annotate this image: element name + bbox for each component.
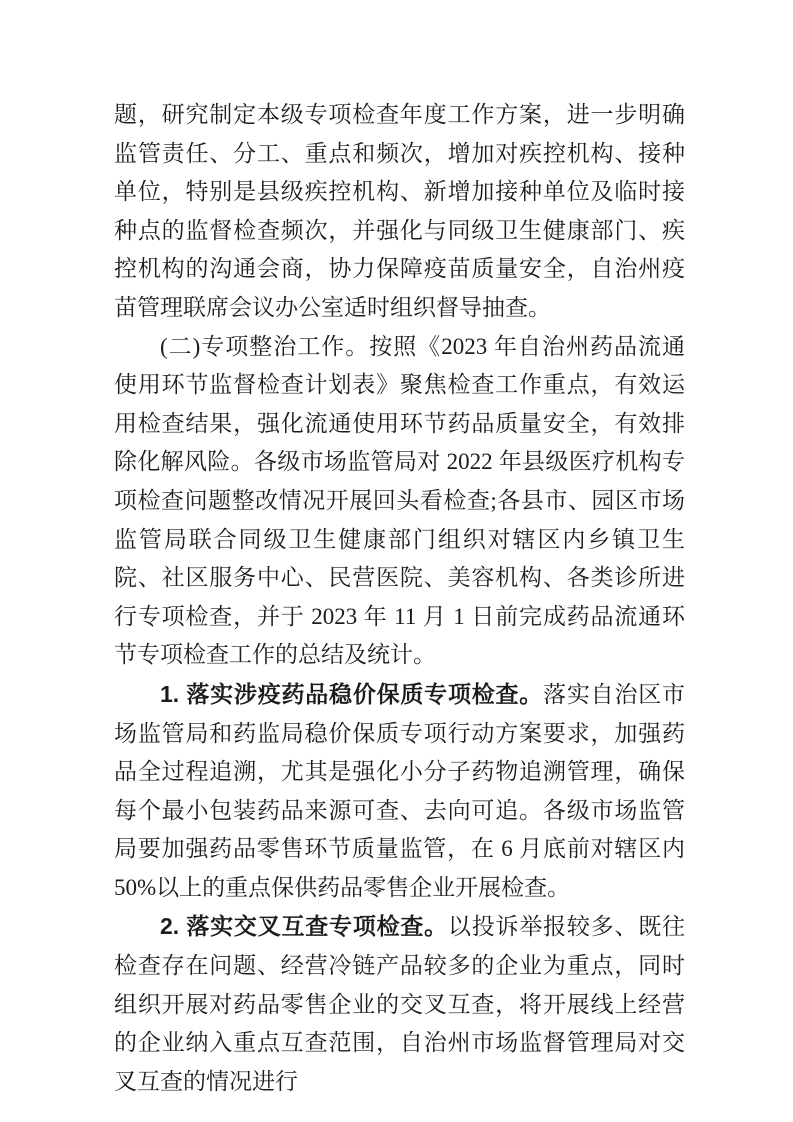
paragraph-bold-lead: 1. 落实涉疫药品稳价保质专项检查。: [160, 681, 543, 707]
paragraph-text: 以投诉举报较多、既往检查存在问题、经营冷链产品较多的企业为重点，同时组织开展对药…: [114, 914, 685, 1093]
paragraph-continuation: 题，研究制定本级专项检查年度工作方案，进一步明确监管责任、分工、重点和频次，增加…: [114, 96, 685, 328]
paragraph-text: 落实自治区市场监管局和药监局稳价保质专项行动方案要求，加强药品全过程追溯，尤其是…: [114, 682, 685, 900]
paragraph-text: (二)专项整治工作。按照《2023 年自治州药品流通使用环节监督检查计划表》聚焦…: [114, 334, 685, 668]
document-page: 题，研究制定本级专项检查年度工作方案，进一步明确监管责任、分工、重点和频次，增加…: [0, 0, 793, 1122]
document-body: 题，研究制定本级专项检查年度工作方案，进一步明确监管责任、分工、重点和频次，增加…: [114, 96, 685, 1101]
paragraph-section-2: (二)专项整治工作。按照《2023 年自治州药品流通使用环节监督检查计划表》聚焦…: [114, 328, 685, 675]
paragraph-bold-lead: 2. 落实交叉互查专项检查。: [160, 913, 448, 939]
paragraph-text: 题，研究制定本级专项检查年度工作方案，进一步明确监管责任、分工、重点和频次，增加…: [114, 102, 685, 320]
paragraph-numbered-item-2: 2. 落实交叉互查专项检查。以投诉举报较多、既往检查存在问题、经营冷链产品较多的…: [114, 907, 685, 1101]
paragraph-numbered-item-1: 1. 落实涉疫药品稳价保质专项检查。落实自治区市场监管局和药监局稳价保质专项行动…: [114, 675, 685, 908]
